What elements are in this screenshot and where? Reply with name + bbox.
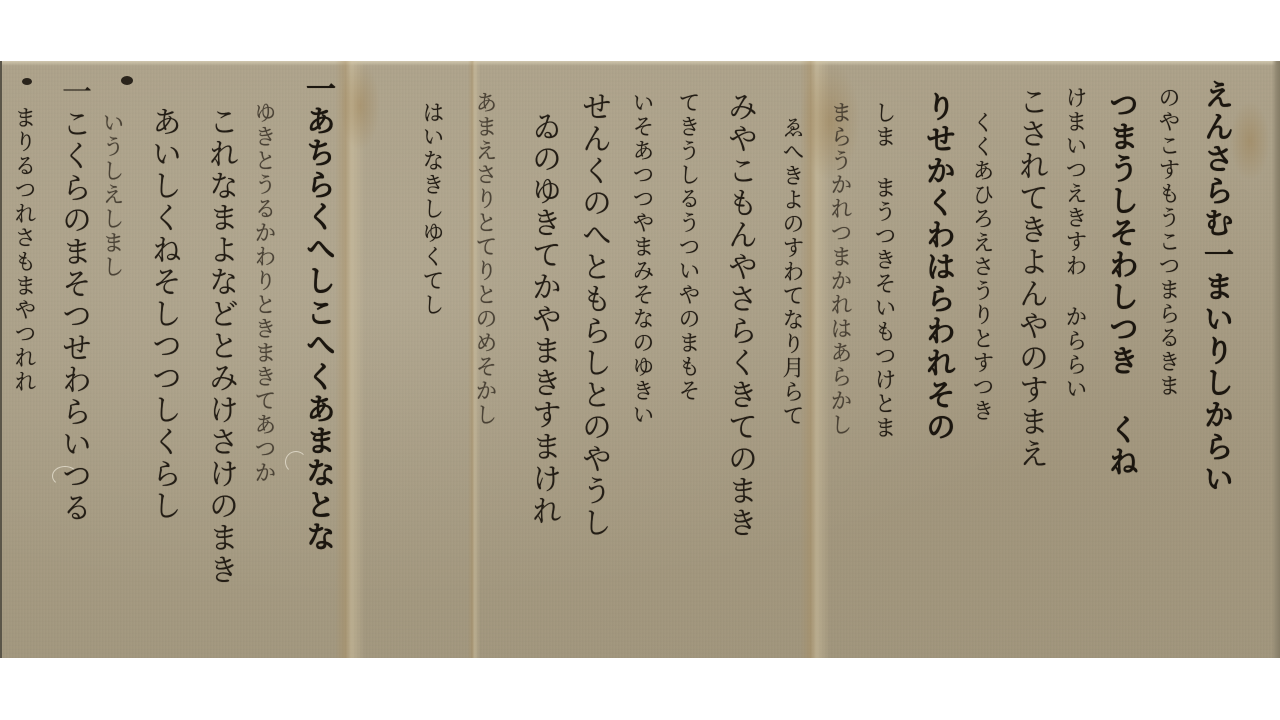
calligraphy-column: しま まうつきそいもつけとま: [872, 101, 894, 440]
water-stain: [1230, 101, 1270, 181]
calligraphy-column: こされてきよんやのすまえ: [1015, 86, 1045, 470]
calligraphy-column: まりるつれさもまやつれれ: [12, 106, 34, 394]
calligraphy-column: 一こくらのまそつせわらいつる: [58, 76, 88, 524]
manuscript-paper: えんさらむ一まいりしからいのやこすもうこつまらるきまつまうしそわしつき くねけま…: [0, 61, 1280, 658]
calligraphy-column: ゆきとうるかわりときまきてあつか: [252, 101, 274, 485]
calligraphy-column: 一あちらくへしこへくあまなとな: [302, 73, 332, 553]
calligraphy-column: あまえさりとてりとのめそかし: [473, 91, 495, 427]
calligraphy-column: これなまよなどとみけさけのまき: [205, 106, 235, 586]
calligraphy-column: ゐのゆきてかやまきすまけれ: [528, 111, 558, 527]
calligraphy-column: いそあつつやまみそなのゆきい: [630, 91, 652, 427]
calligraphy-column: ゑへきよのすわてなり月らて: [780, 116, 802, 428]
paper-left-edge: [0, 61, 2, 658]
calligraphy-column: みやこもんやさらくきてのまき: [724, 91, 754, 539]
paper-top-edge: [0, 61, 1280, 66]
calligraphy-column: えんさらむ一まいりしからい: [1200, 79, 1230, 495]
calligraphy-column: はいなきしゆくてし: [420, 101, 442, 317]
calligraphy-column: まらうかれつまかれはあらかし: [828, 101, 850, 437]
calligraphy-column: てきうしるうついやのまもそ: [676, 91, 698, 403]
ink-blot: [121, 76, 133, 85]
calligraphy-column: けまいつえきすわ かららい: [1063, 86, 1085, 401]
water-stain: [340, 61, 380, 151]
calligraphy-column: あいしくねそしつつしくらし: [148, 106, 178, 522]
paper-right-edge: [1272, 61, 1280, 658]
ink-blot: [22, 78, 32, 85]
calligraphy-column: りせかくわはらわれその: [922, 91, 952, 443]
calligraphy-column: のやこすもうこつまらるきま: [1156, 86, 1178, 398]
calligraphy-column: せんくのへともらしとのやうし: [578, 91, 608, 539]
calligraphy-column: いうしえしまし: [100, 111, 122, 279]
calligraphy-column: くくあひろえさうりとすつき: [970, 111, 992, 423]
calligraphy-column: つまうしそわしつき くね: [1105, 89, 1135, 478]
